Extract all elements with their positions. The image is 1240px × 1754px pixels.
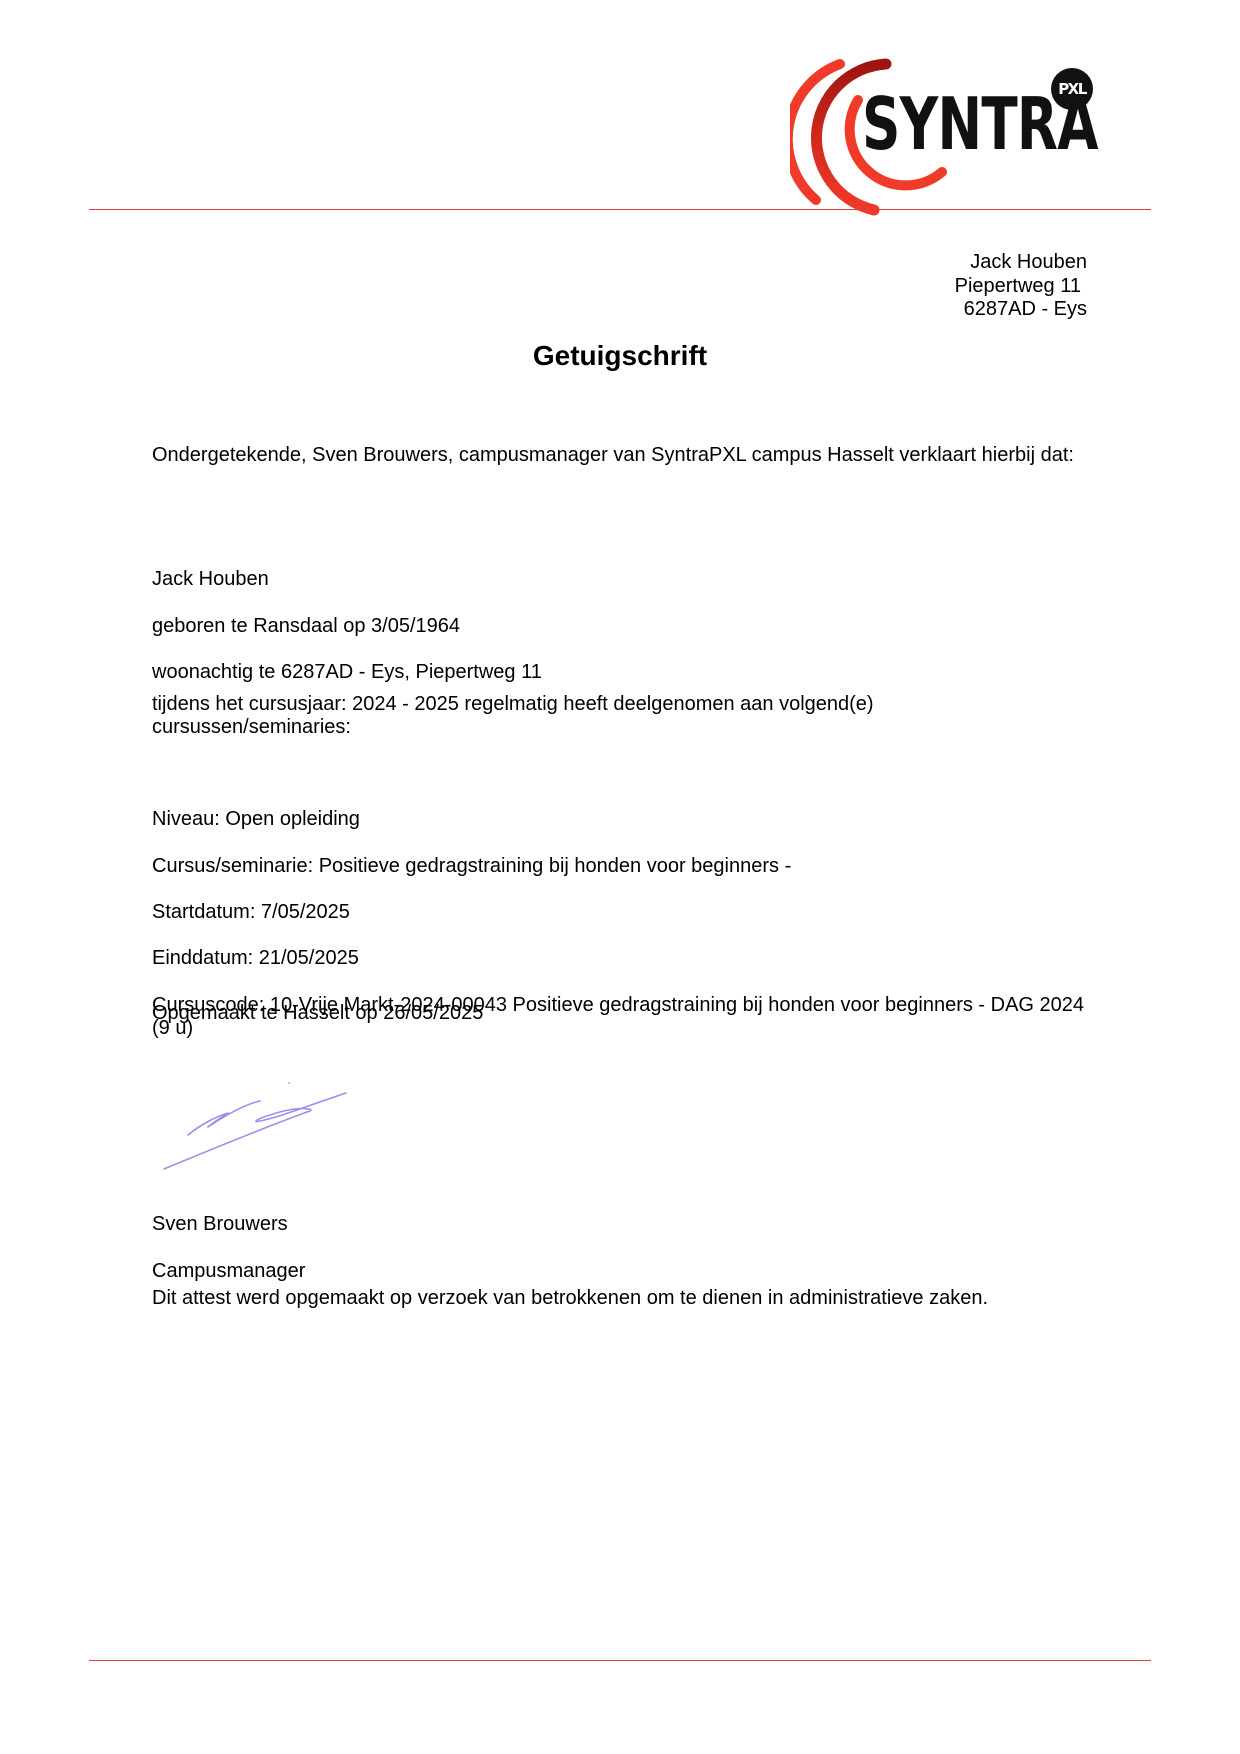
- footer-note: Dit attest werd opgemaakt op verzoek van…: [152, 1287, 1092, 1310]
- intro-paragraph: Ondergetekende, Sven Brouwers, campusman…: [152, 444, 1092, 467]
- pxl-badge: PXL: [1051, 68, 1093, 110]
- document-title: Getuigschrift: [0, 340, 1240, 372]
- person-details: Jack Houben geboren te Ransdaal op 3/05/…: [152, 545, 1092, 707]
- made-at-line: Opgemaakt te Hasselt op 26/05/2025: [152, 1002, 1092, 1025]
- handwritten-signature-icon: [160, 1075, 360, 1185]
- participation-paragraph: tijdens het cursusjaar: 2024 - 2025 rege…: [152, 693, 912, 739]
- course-end-date: Einddatum: 21/05/2025: [152, 947, 1092, 970]
- course-name: Cursus/seminarie: Positieve gedragstrain…: [152, 855, 1092, 878]
- footer-divider: [89, 1660, 1151, 1661]
- person-birth: geboren te Ransdaal op 3/05/1964: [152, 615, 1092, 638]
- signatory-role: Campusmanager: [152, 1260, 1092, 1283]
- person-name: Jack Houben: [152, 568, 1092, 591]
- recipient-address: Jack Houben Piepertweg 11 6287AD - Eys: [955, 251, 1087, 322]
- course-level: Niveau: Open opleiding: [152, 808, 1092, 831]
- header-divider: [89, 209, 1151, 210]
- recipient-name: Jack Houben: [955, 251, 1087, 275]
- signatory-name: Sven Brouwers: [152, 1213, 1092, 1236]
- recipient-city: 6287AD - Eys: [955, 298, 1087, 322]
- recipient-street: Piepertweg 11: [955, 275, 1081, 299]
- person-residence: woonachtig te 6287AD - Eys, Piepertweg 1…: [152, 661, 1092, 684]
- course-start-date: Startdatum: 7/05/2025: [152, 901, 1092, 924]
